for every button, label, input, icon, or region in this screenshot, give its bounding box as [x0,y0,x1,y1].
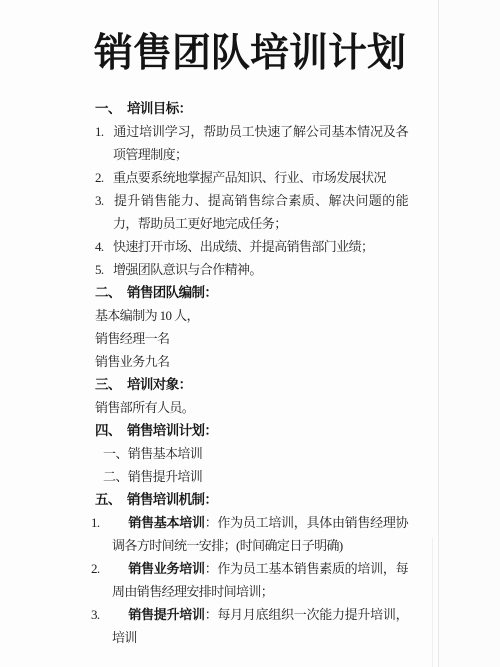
section-title: 销售培训机制： [127,492,217,507]
list-item-separator: ： [205,561,218,576]
document-title: 销售团队培训计划 [0,30,500,77]
section-number: 四、 [95,419,127,442]
list-item-text: 通过培训学习，帮助员工快速了解公司基本情况及各项管理制度； [113,124,408,162]
section-heading-team-structure: 二、销售团队编制： [95,281,408,304]
list-item-number: 1. [91,511,128,534]
section-title: 培训对象： [127,377,192,392]
list-item-number: 3. [91,603,128,626]
list-item-separator: ： [205,607,218,622]
list-item: 3.提升销售能力、提高销售综合素质、解决问题的能力，帮助员工更好地完成任务； [95,189,408,235]
paragraph: 销售业务九名 [95,350,408,373]
paragraph: 基本编制为 10 人， [95,304,408,327]
sub-list-item: 一、销售基本培训 [103,442,408,465]
list-item-text: 增强团队意识与合作精神。 [113,262,262,277]
list-item-number: 4. [95,235,113,258]
mechanism-list-item: 2.销售业务培训：作为员工基本销售素质的培训，每周由销售经理安排时间培训； [95,557,408,603]
section-heading-training-mechanism: 五、销售培训机制： [95,488,408,511]
sub-list-item: 二、销售提升培训 [103,465,408,488]
section-heading-training-plan: 四、销售培训计划： [95,419,408,442]
list-item-separator: ： [205,515,218,530]
section-heading-training-audience: 三、培训对象： [95,373,408,396]
list-item-text: 快速打开市场、出成绩、并提高销售部门业绩； [113,239,373,254]
list-item-number: 5. [95,258,113,281]
list-item-term: 销售业务培训 [128,561,205,576]
section-number: 三、 [95,373,127,396]
list-item-number: 2. [91,557,128,580]
document-page: 销售团队培训计划 一、培训目标： 1.通过培训学习，帮助员工快速了解公司基本情况… [0,0,500,667]
list-item-number: 3. [95,189,113,212]
list-item-text: 提升销售能力、提高销售综合素质、解决问题的能力，帮助员工更好地完成任务； [113,193,408,231]
page-edge-line [438,0,439,667]
list-item-text: 重点要系统地掌握产品知识、行业、市场发展状况 [113,170,386,185]
list-item: 1.通过培训学习，帮助员工快速了解公司基本情况及各项管理制度； [95,120,408,166]
section-number: 一、 [95,97,127,120]
section-heading-training-goals: 一、培训目标： [95,97,408,120]
list-item-term: 销售提升培训 [128,607,205,622]
paragraph: 销售经理一名 [95,327,408,350]
list-item-term: 销售基本培训 [128,515,205,530]
section-number: 二、 [95,281,127,304]
section-number: 五、 [95,488,127,511]
list-item: 4.快速打开市场、出成绩、并提高销售部门业绩； [95,235,408,258]
mechanism-list-item: 1.销售基本培训：作为员工培训，具体由销售经理协调各方时间统一安排；(时间确定日… [95,511,408,557]
list-item-number: 1. [95,120,113,143]
document-body: 一、培训目标： 1.通过培训学习，帮助员工快速了解公司基本情况及各项管理制度； … [95,97,408,649]
list-item: 2.重点要系统地掌握产品知识、行业、市场发展状况 [95,166,408,189]
page-edge-line-secondary [432,538,433,667]
mechanism-list-item: 3.销售提升培训：每月月底组织一次能力提升培训，培训 [95,603,408,649]
section-title: 销售团队编制： [127,285,217,300]
section-title: 销售培训计划： [127,423,217,438]
section-title: 培训目标： [127,101,192,116]
paragraph: 销售部所有人员。 [95,396,408,419]
list-item-number: 2. [95,166,113,189]
list-item: 5.增强团队意识与合作精神。 [95,258,408,281]
page-right-gutter [439,0,500,667]
